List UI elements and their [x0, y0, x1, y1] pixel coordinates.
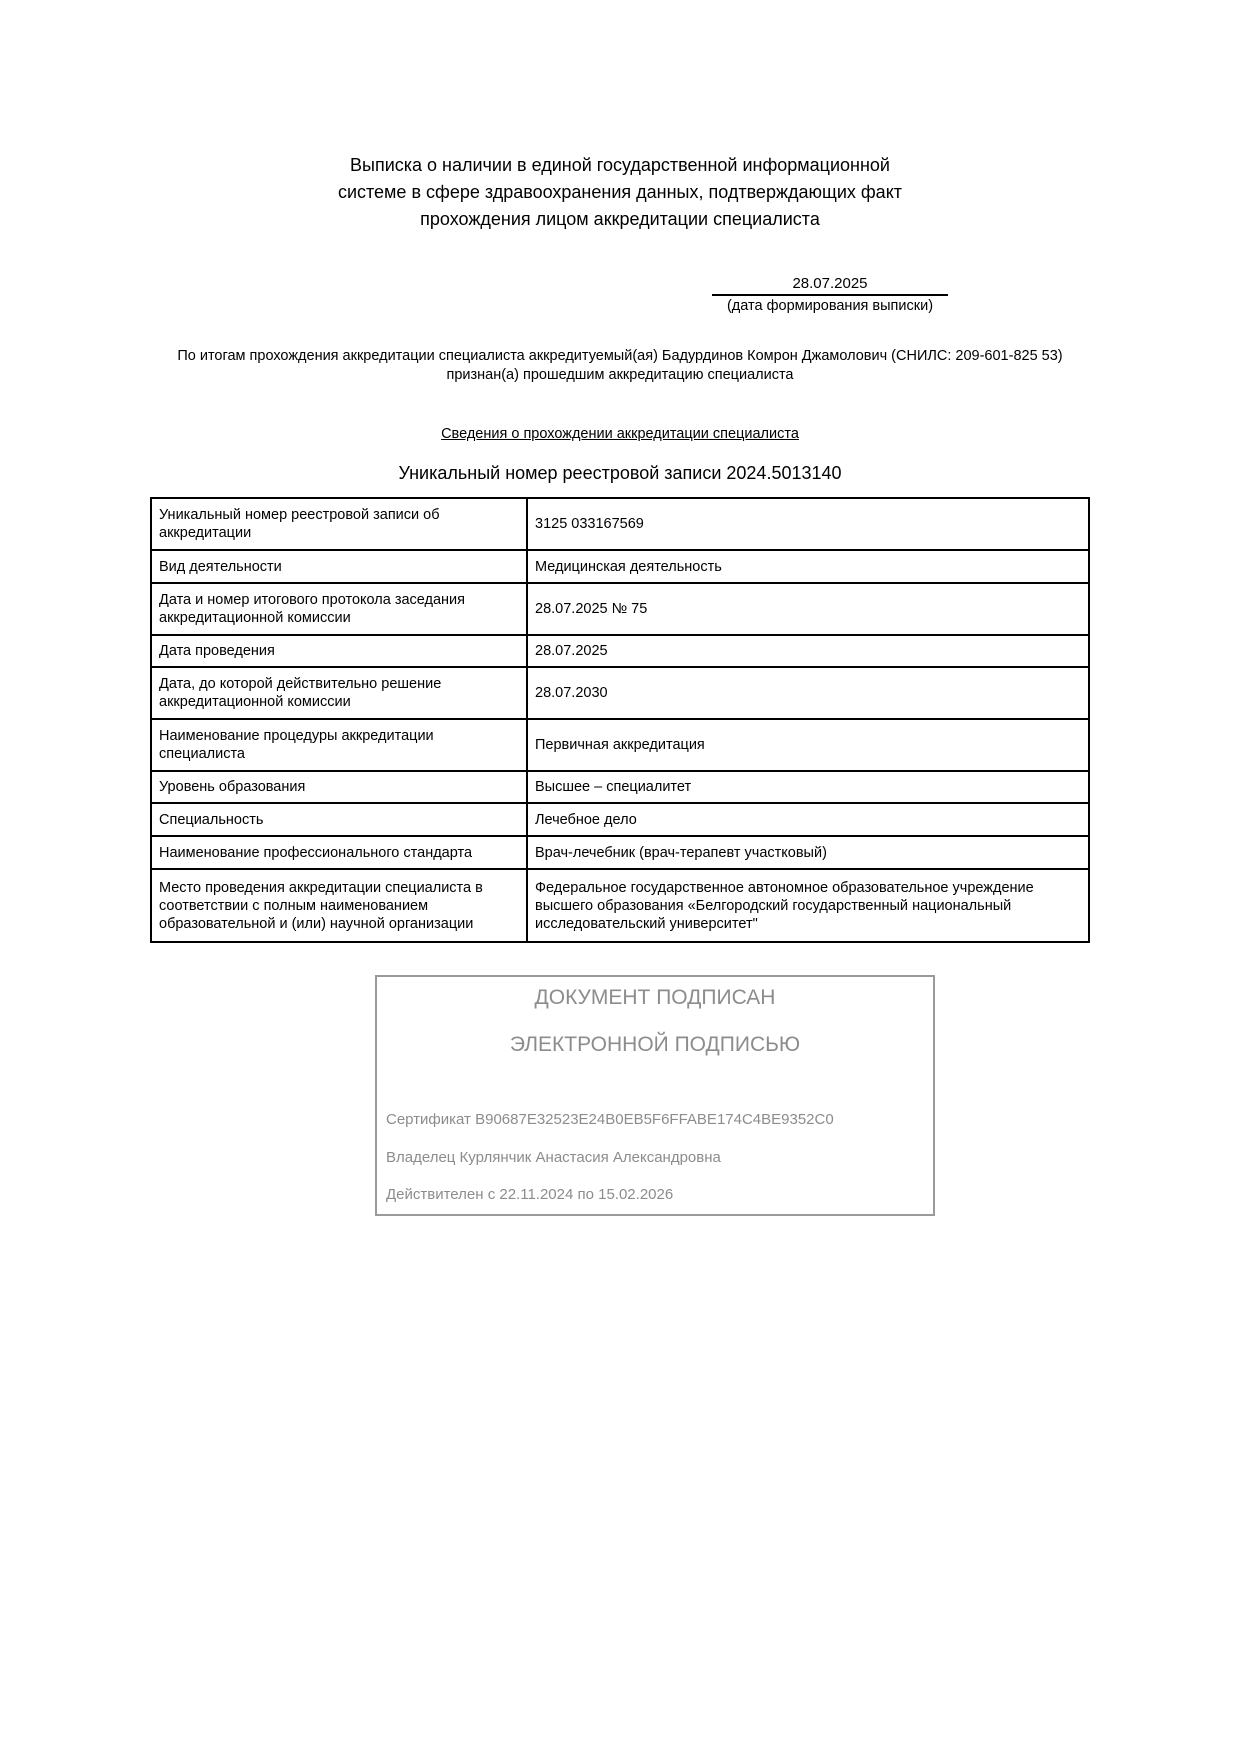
accreditation-table: Уникальный номер реестровой записи об ак…	[150, 497, 1090, 943]
row-label: Дата проведения	[151, 635, 527, 667]
document-title: Выписка о наличии в единой государственн…	[0, 152, 1240, 233]
stamp-certificate: Сертификат B90687E32523E24B0EB5F6FFABE17…	[386, 1111, 834, 1129]
row-label: Уровень образования	[151, 771, 527, 803]
table-row: Дата, до которой действительно решение а…	[151, 667, 1089, 719]
row-value: 28.07.2030	[527, 667, 1089, 719]
row-value: 28.07.2025 № 75	[527, 583, 1089, 635]
extract-date-caption: (дата формирования выписки)	[712, 297, 948, 316]
registry-number: Уникальный номер реестровой записи 2024.…	[0, 462, 1240, 484]
row-value: Первичная аккредитация	[527, 719, 1089, 771]
extract-date: 28.07.2025	[712, 275, 948, 296]
table-row: Уровень образования Высшее – специалитет	[151, 771, 1089, 803]
table-row: Дата и номер итогового протокола заседан…	[151, 583, 1089, 635]
row-label: Наименование профессионального стандарта	[151, 836, 527, 869]
row-label: Наименование процедуры аккредитации спец…	[151, 719, 527, 771]
table-row: Наименование профессионального стандарта…	[151, 836, 1089, 869]
stamp-validity: Действителен с 22.11.2024 по 15.02.2026	[386, 1186, 673, 1204]
document-title-line: Выписка о наличии в единой государственн…	[0, 152, 1240, 179]
table-row: Дата проведения 28.07.2025	[151, 635, 1089, 667]
stamp-owner: Владелец Курлянчик Анастасия Александров…	[386, 1149, 721, 1167]
stamp-heading-line2: ЭЛЕКТРОННОЙ ПОДПИСЬЮ	[377, 1033, 933, 1057]
row-value: Высшее – специалитет	[527, 771, 1089, 803]
extract-date-block: 28.07.2025 (дата формирования выписки)	[712, 275, 948, 316]
row-value: Федеральное государственное автономное о…	[527, 869, 1089, 942]
intro-paragraph: По итогам прохождения аккредитации специ…	[140, 347, 1100, 385]
row-label: Вид деятельности	[151, 550, 527, 583]
row-value: Медицинская деятельность	[527, 550, 1089, 583]
table-row: Вид деятельности Медицинская деятельност…	[151, 550, 1089, 583]
electronic-signature-stamp: ДОКУМЕНТ ПОДПИСАН ЭЛЕКТРОННОЙ ПОДПИСЬЮ С…	[375, 975, 935, 1216]
table-row: Уникальный номер реестровой записи об ак…	[151, 498, 1089, 550]
section-heading-text: Сведения о прохождении аккредитации спец…	[441, 426, 799, 442]
row-value: Лечебное дело	[527, 803, 1089, 836]
table-row: Место проведения аккредитации специалист…	[151, 869, 1089, 942]
row-label: Дата и номер итогового протокола заседан…	[151, 583, 527, 635]
row-label: Уникальный номер реестровой записи об ак…	[151, 498, 527, 550]
document-title-line: прохождения лицом аккредитации специалис…	[0, 206, 1240, 233]
row-value: 3125 033167569	[527, 498, 1089, 550]
row-value: Врач-лечебник (врач-терапевт участковый)	[527, 836, 1089, 869]
row-label: Специальность	[151, 803, 527, 836]
table-row: Специальность Лечебное дело	[151, 803, 1089, 836]
row-label: Дата, до которой действительно решение а…	[151, 667, 527, 719]
stamp-heading-line1: ДОКУМЕНТ ПОДПИСАН	[377, 986, 933, 1010]
table-row: Наименование процедуры аккредитации спец…	[151, 719, 1089, 771]
row-label: Место проведения аккредитации специалист…	[151, 869, 527, 942]
document-title-line: системе в сфере здравоохранения данных, …	[0, 179, 1240, 206]
section-heading: Сведения о прохождении аккредитации спец…	[0, 425, 1240, 443]
row-value: 28.07.2025	[527, 635, 1089, 667]
